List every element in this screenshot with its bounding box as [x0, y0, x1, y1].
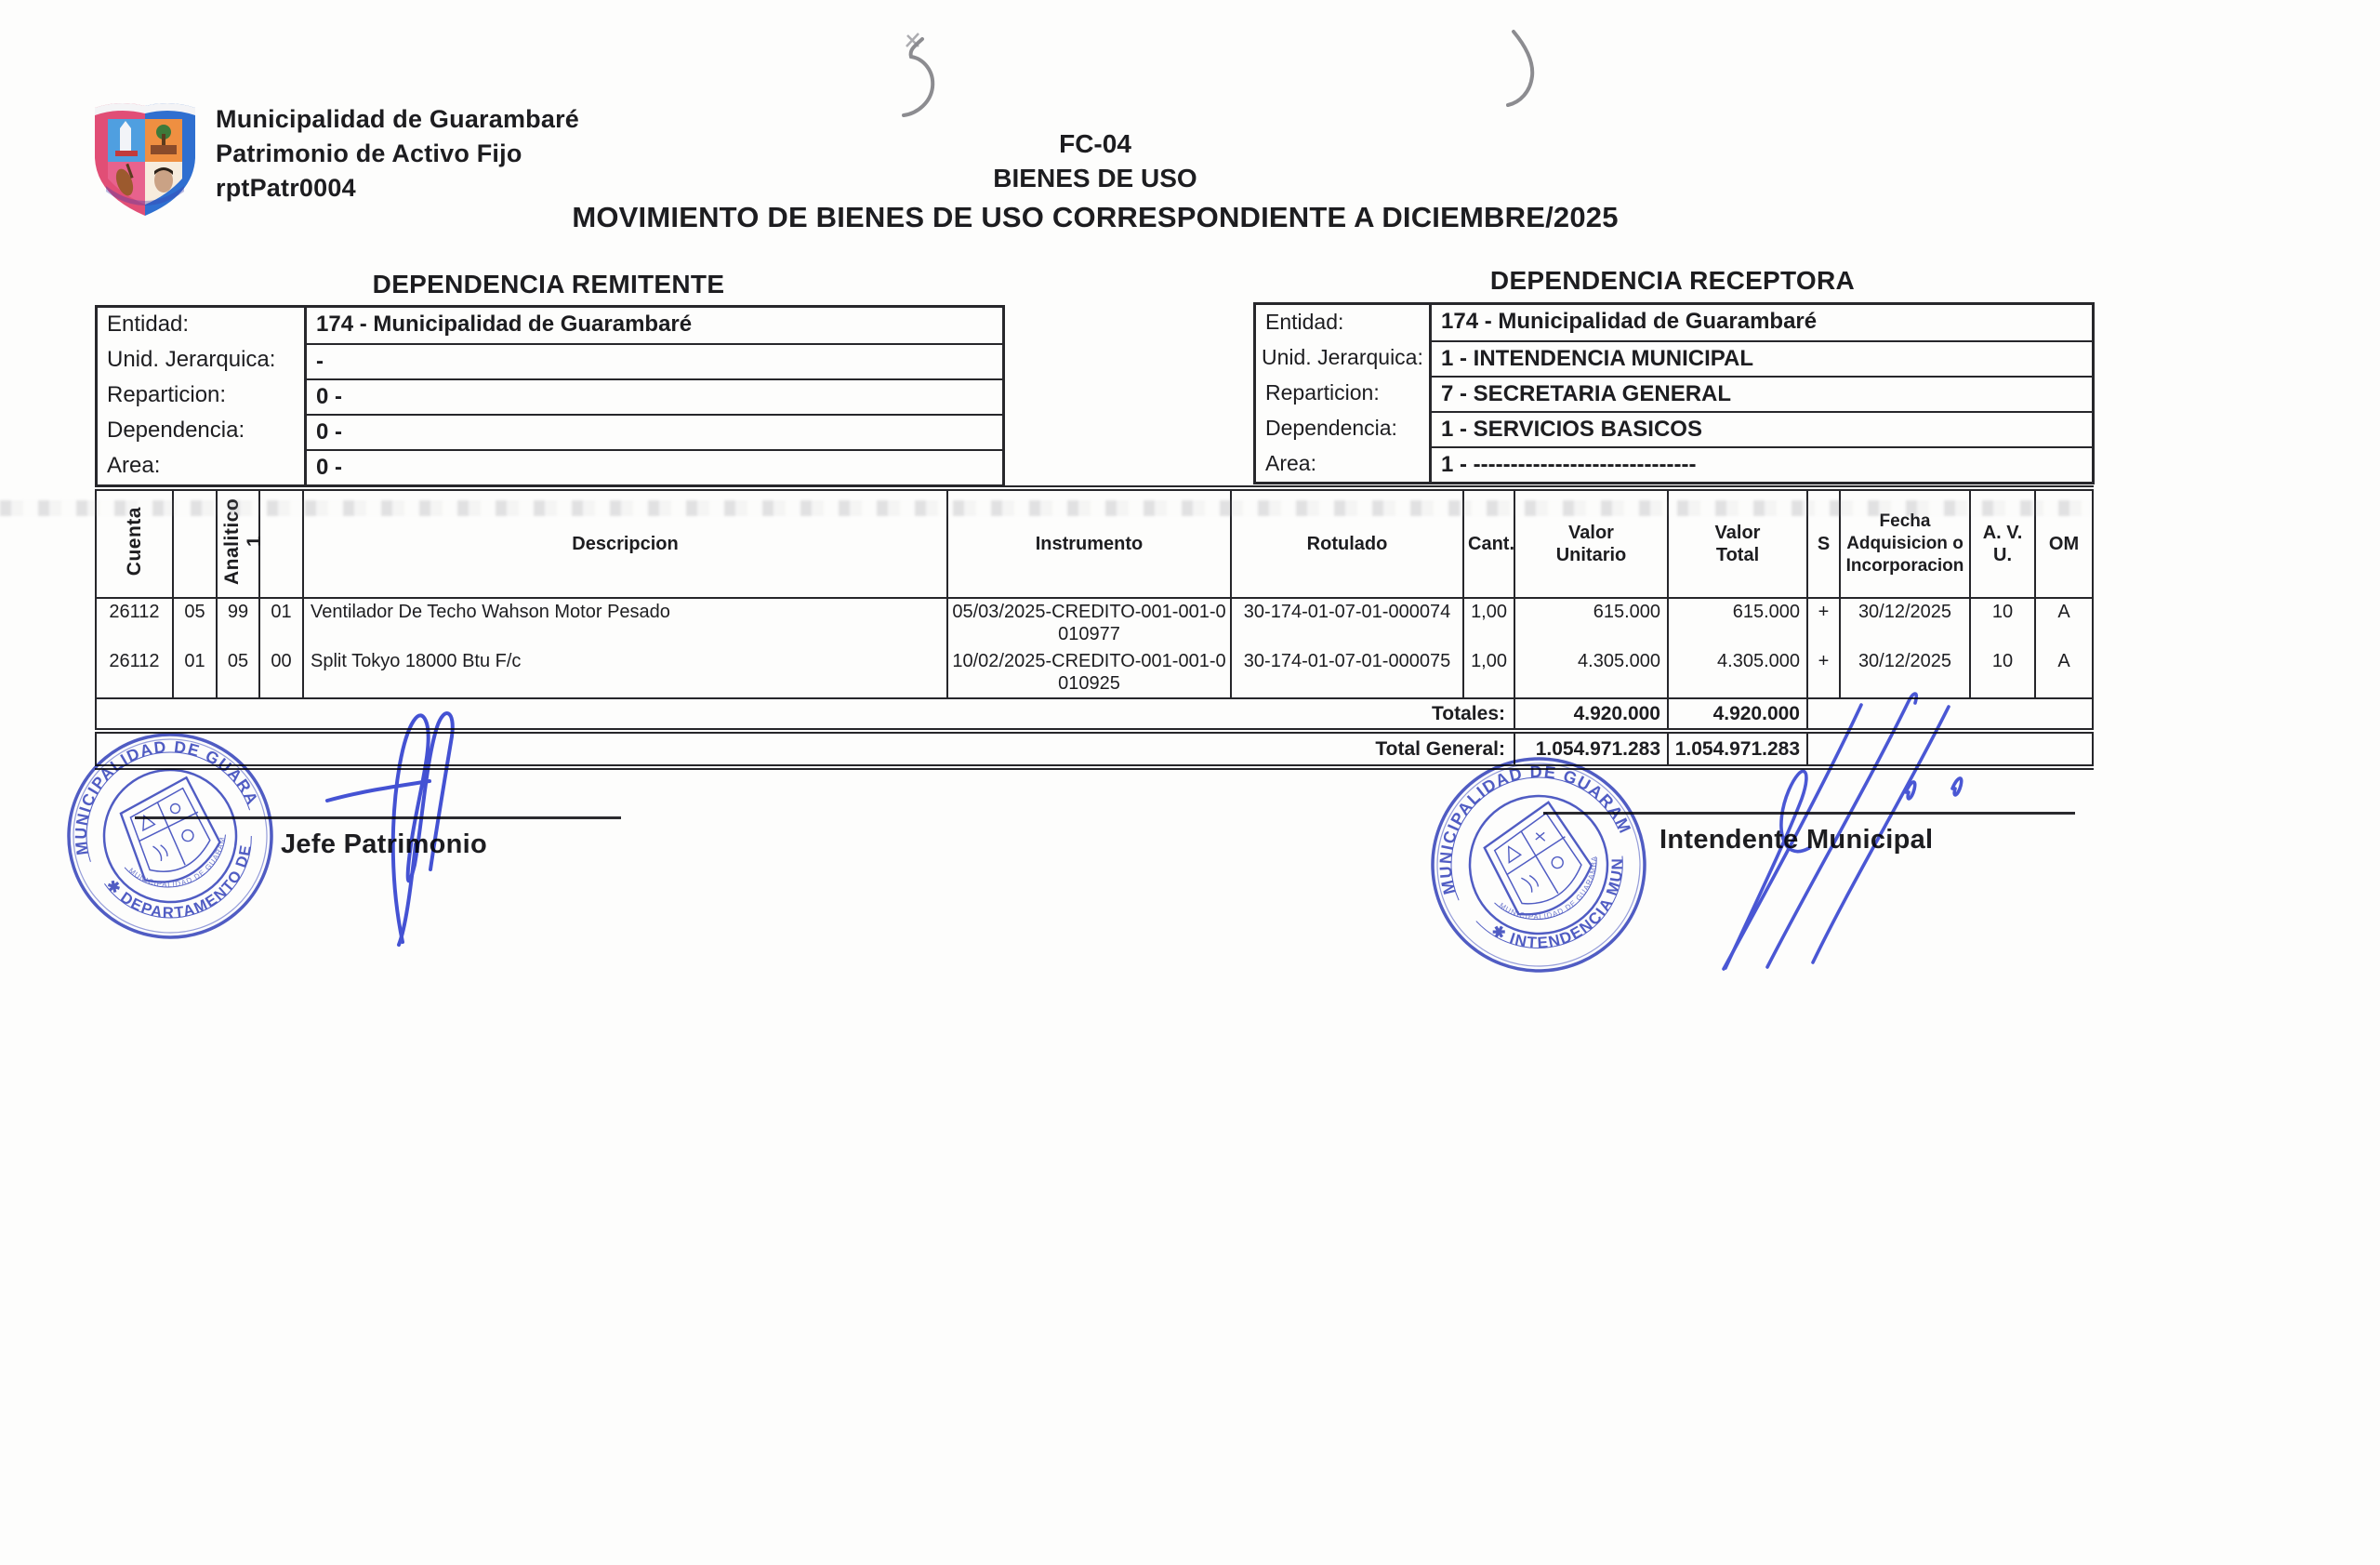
- signature-stroke-left: [307, 688, 493, 967]
- field-label: Unid. Jerarquica:: [1256, 340, 1432, 376]
- field-label: Entidad:: [98, 308, 307, 343]
- rubber-stamp-patrimonio: MUNICIPALIDAD DE GUARAMBARÉ ✱ DEPARTAMEN…: [65, 731, 275, 941]
- field-value: 0 -: [307, 449, 1002, 484]
- pen-mark-icon: [1476, 13, 1588, 125]
- field-label: Unid. Jerarquica:: [98, 343, 307, 378]
- field-value: -: [307, 343, 1002, 378]
- cell-cant: 1,00: [1463, 648, 1514, 698]
- cell-sub2: 00: [259, 648, 303, 698]
- field-label: Dependencia:: [1256, 411, 1432, 446]
- form-code: FC-04: [465, 128, 1725, 160]
- field-value: 174 - Municipalidad de Guarambaré: [1432, 305, 2092, 340]
- cell-cuenta: 26112: [96, 648, 173, 698]
- cell-avu: 10: [1970, 598, 2035, 648]
- scanned-document-page: Municipalidad de Guarambaré Patrimonio d…: [0, 0, 2380, 1565]
- cell-rotulado: 30-174-01-07-01-000075: [1231, 648, 1463, 698]
- cell-analitico: 05: [217, 648, 259, 698]
- cell-descripcion: Ventilador De Techo Wahson Motor Pesado: [303, 598, 947, 648]
- municipal-coat-of-arms-logo: [87, 97, 203, 219]
- field-value: 1 - ------------------------------: [1432, 446, 2092, 482]
- field-value: 174 - Municipalidad de Guarambaré: [307, 308, 1002, 343]
- cell-sub1: 01: [173, 648, 217, 698]
- title-block: FC-04 BIENES DE USO MOVIMIENTO DE BIENES…: [465, 128, 1725, 238]
- cell-s: +: [1807, 598, 1840, 648]
- field-value: 1 - SERVICIOS BASICOS: [1432, 411, 2092, 446]
- field-label: Area:: [1256, 446, 1432, 482]
- remitente-title: DEPENDENCIA REMITENTE: [95, 270, 1002, 299]
- field-label: Area:: [98, 449, 307, 484]
- field-label: Reparticion:: [1256, 376, 1432, 411]
- cell-instrumento: 10/02/2025-CREDITO-001-001-0 010925: [947, 648, 1231, 698]
- field-value: 1 - INTENDENCIA MUNICIPAL: [1432, 340, 2092, 376]
- cell-instrumento: 05/03/2025-CREDITO-001-001-0 010977: [947, 598, 1231, 648]
- dependencia-remitente-table: Entidad: 174 - Municipalidad de Guaramba…: [95, 305, 1005, 487]
- cell-sub2: 01: [259, 598, 303, 648]
- field-label: Reparticion:: [98, 378, 307, 414]
- receptora-title: DEPENDENCIA RECEPTORA: [1253, 266, 2092, 296]
- cell-valor-total: 615.000: [1668, 598, 1807, 648]
- cell-analitico: 99: [217, 598, 259, 648]
- field-value: 0 -: [307, 414, 1002, 449]
- cell-cant: 1,00: [1463, 598, 1514, 648]
- rubber-stamp-intendencia: MUNICIPALIDAD DE GUARAMBARÉ ✱ INTENDENCI…: [1429, 755, 1648, 975]
- scan-artifact: [0, 500, 2092, 516]
- field-value: 7 - SECRETARIA GENERAL: [1432, 376, 2092, 411]
- field-label: Dependencia:: [98, 414, 307, 449]
- cell-valor-unitario: 4.305.000: [1514, 648, 1668, 698]
- cell-valor-unitario: 615.000: [1514, 598, 1668, 648]
- dependencia-receptora-table: Entidad: 174 - Municipalidad de Guaramba…: [1253, 302, 2095, 484]
- svg-text:✱ INTENDENCIA MUNICIPAL ✱: ✱ INTENDENCIA MUNICIPAL ✱: [1429, 755, 1648, 975]
- cell-rotulado: 30-174-01-07-01-000074: [1231, 598, 1463, 648]
- signature-stroke-right: [1692, 670, 1990, 986]
- totales-valor-unitario: 4.920.000: [1514, 698, 1668, 731]
- cell-om: A: [2035, 648, 2093, 698]
- cell-cuenta: 26112: [96, 598, 173, 648]
- asset-row: 26112 05 99 01 Ventilador De Techo Wahso…: [96, 598, 2093, 648]
- doc-title: MOVIMIENTO DE BIENES DE USO CORRESPONDIE…: [465, 197, 1725, 238]
- cell-fecha: 30/12/2025: [1840, 598, 1970, 648]
- cell-sub1: 05: [173, 598, 217, 648]
- doc-subtitle: BIENES DE USO: [465, 160, 1725, 197]
- cell-om: A: [2035, 598, 2093, 648]
- field-label: Entidad:: [1256, 305, 1432, 340]
- field-value: 0 -: [307, 378, 1002, 414]
- pen-mark-icon: [874, 19, 985, 130]
